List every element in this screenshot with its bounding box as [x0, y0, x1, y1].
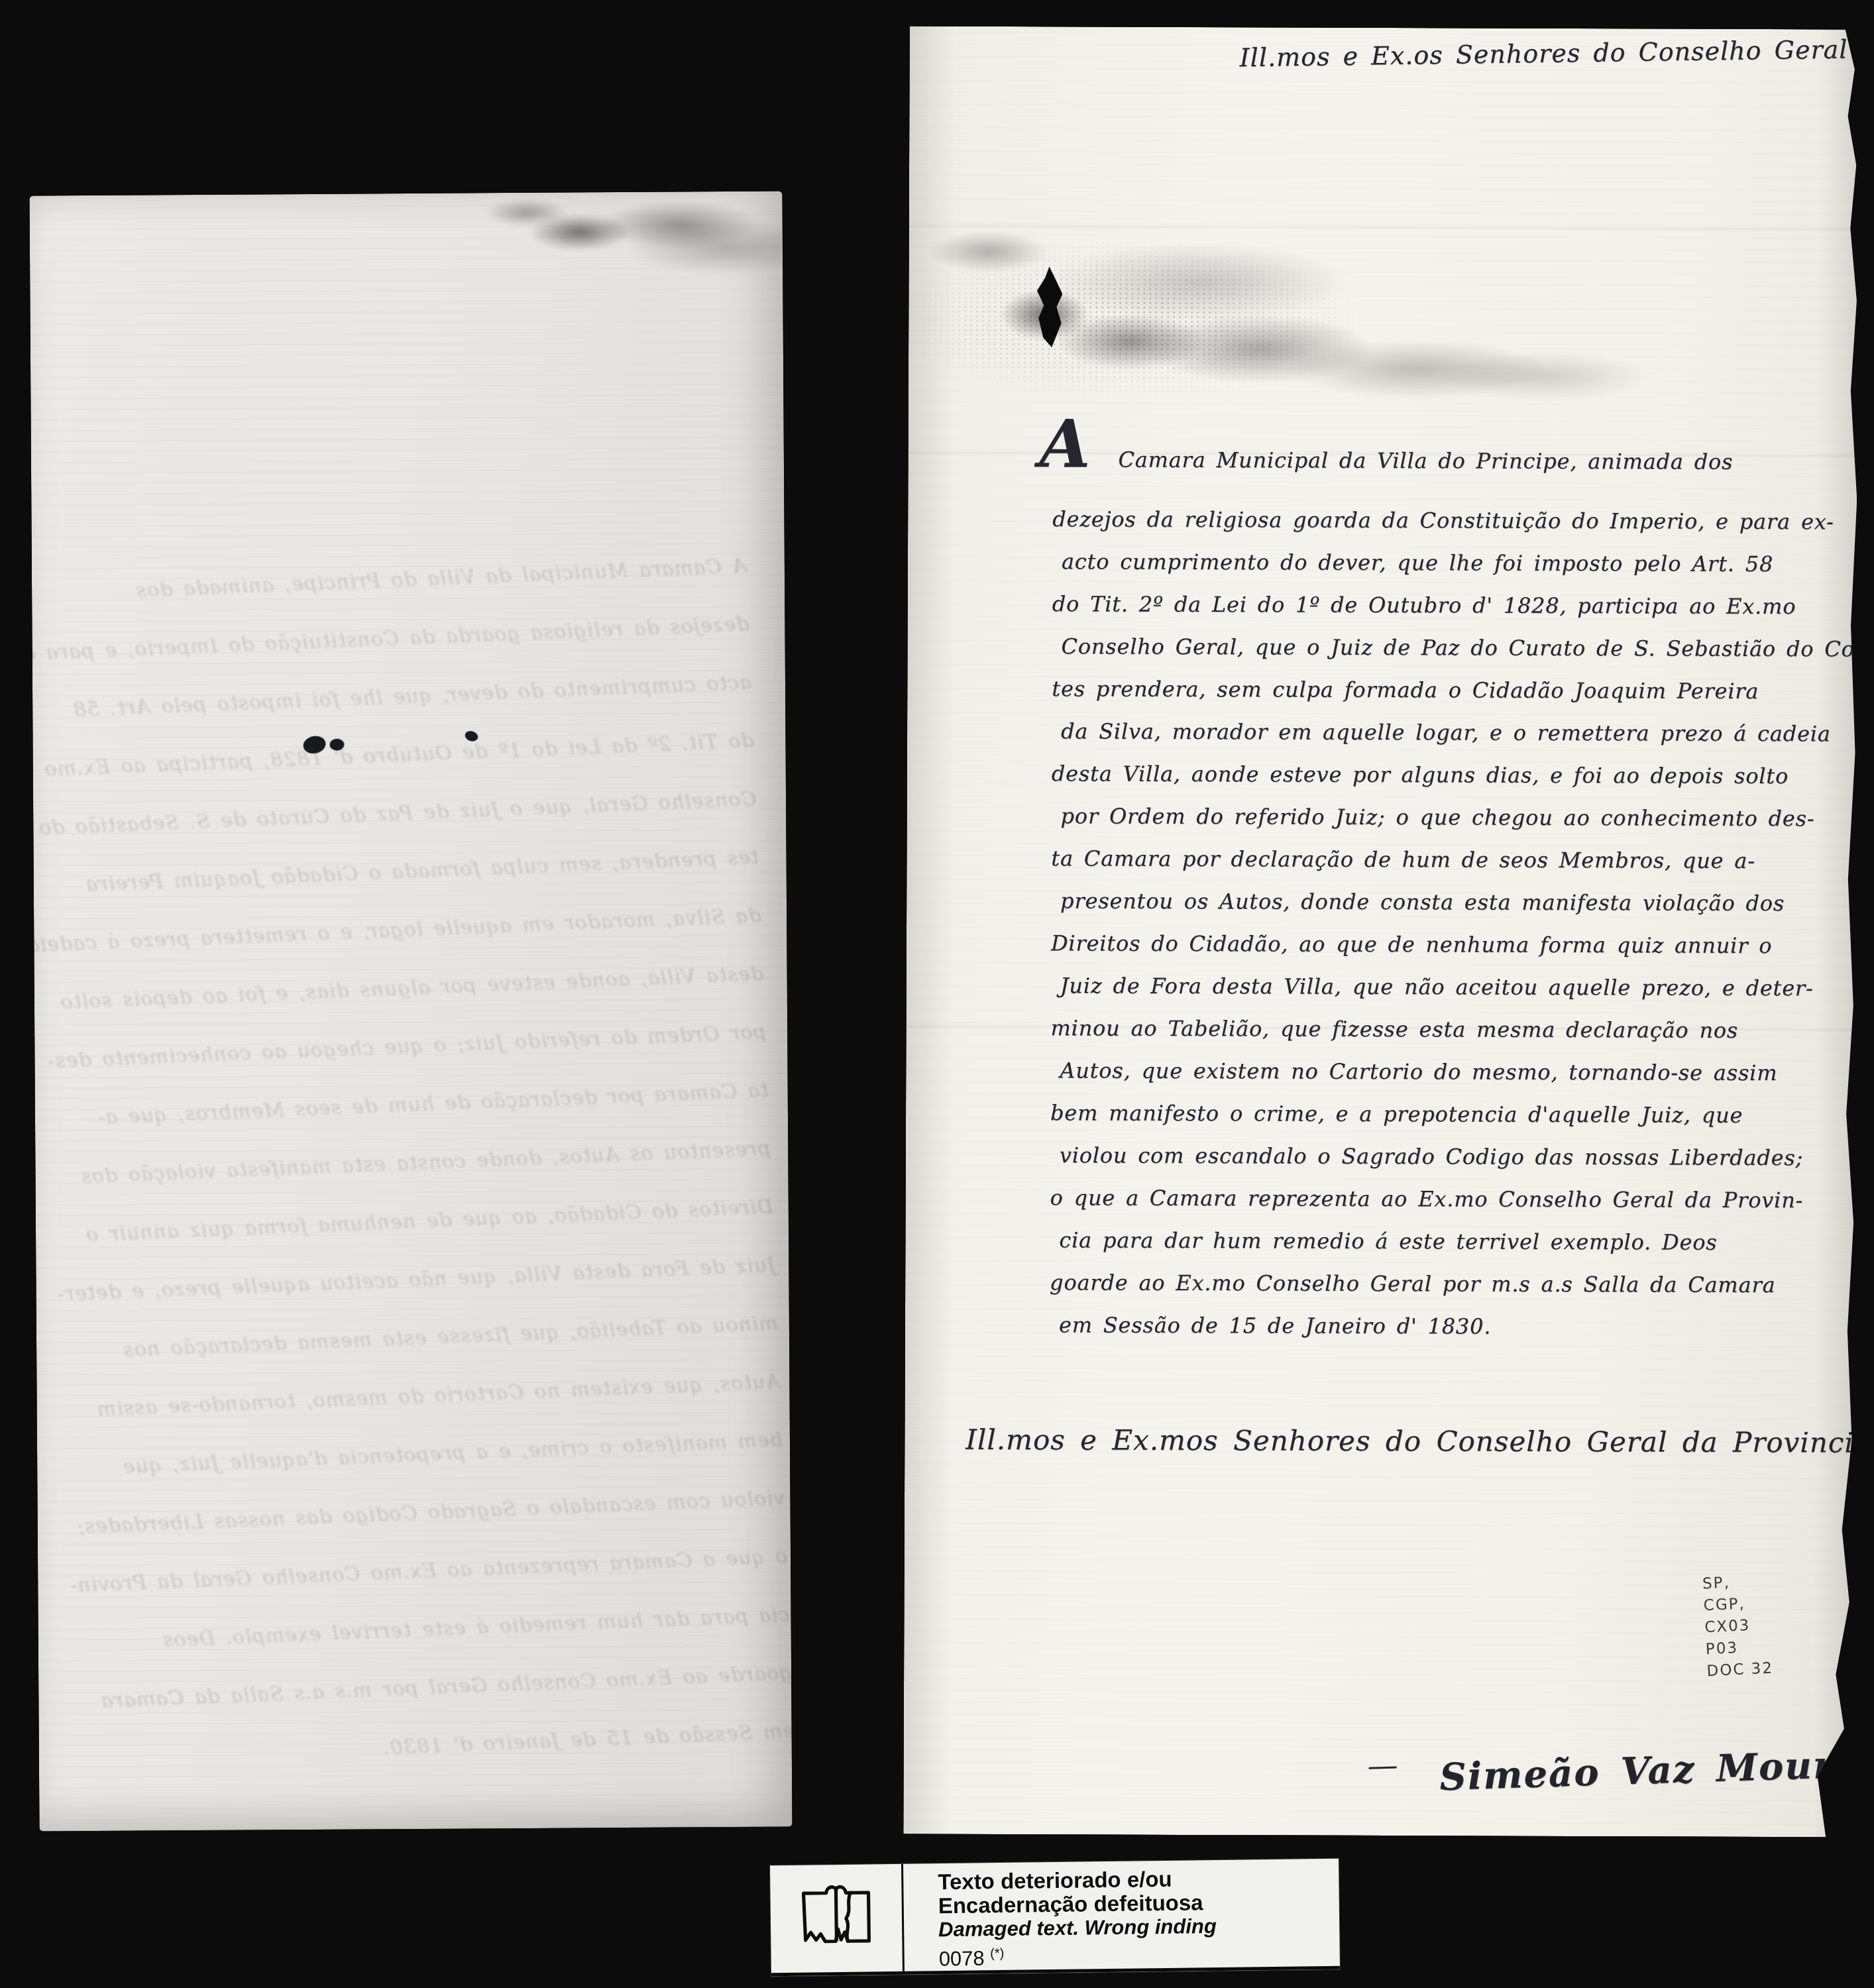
signature: Simeão Vaz Mourão — [1439, 1741, 1858, 1799]
mold-speckle — [909, 212, 1638, 400]
pen-dash: — — [1367, 1747, 1398, 1783]
manuscript-line: Autos, que existem no Cartorio do mesmo,… — [1060, 1049, 1828, 1094]
manuscript-line: do Tit. 2º da Lei do 1º de Outubro d' 18… — [1052, 582, 1830, 628]
manuscript-line: bem manifesto o crime, e a prepotencia d… — [1050, 1091, 1828, 1136]
manuscript-line: Direitos do Cidadão, ao que de nenhuma f… — [1051, 922, 1829, 967]
caption-line-pt-2: Encadernação defeituosa — [938, 1891, 1217, 1918]
caption-number: 0078 — [939, 1947, 985, 1971]
manuscript-line: Conselho Geral, que o Juiz de Paz do Cur… — [1061, 625, 1830, 670]
caption-text-block: Texto deteriorado e/ou Encadernação defe… — [903, 1860, 1217, 1971]
manuscript-line: tes prendera, sem culpa formada o Cidadã… — [1052, 667, 1830, 712]
manuscript-line: goarde ao Ex.mo Conselho Geral por m.s a… — [1050, 1261, 1828, 1306]
signature-row: — Simeão Vaz Mourão — [1367, 1732, 1859, 1802]
caption-icon-box — [770, 1864, 905, 1973]
caption-number-note: (*) — [990, 1946, 1004, 1961]
archival-mark: SP, — [1702, 1571, 1769, 1596]
manuscript-line: o que a Camara reprezenta ao Ex.mo Conse… — [1050, 1176, 1828, 1221]
archival-mark: CX03 — [1704, 1614, 1772, 1639]
manuscript-line: Juiz de Fora desta Villa, que não aceito… — [1060, 964, 1829, 1009]
archival-reference-marks: SP,CGP,CX03P03DOC 32 — [1702, 1571, 1773, 1683]
manuscript-line: da Silva, morador em aquelle logar, e o … — [1061, 710, 1830, 755]
archival-mark: DOC 32 — [1706, 1657, 1774, 1683]
manuscript-line: por Ordem do referido Juiz; o que chegou… — [1060, 795, 1829, 840]
manuscript-line: desta Villa, aonde esteve por alguns dia… — [1052, 752, 1830, 797]
manuscript-line: minou ao Tabelião, que fizesse esta mesm… — [1050, 1007, 1828, 1052]
manuscript-line: cia para dar hum remedio á este terrivel… — [1059, 1219, 1828, 1264]
archival-mark: P03 — [1705, 1635, 1773, 1661]
manuscript-line: violou com escandalo o Sagrado Codigo da… — [1060, 1134, 1828, 1179]
letter-closing-address: Ill.mos e Ex.mos Senhores do Conselho Ge… — [965, 1423, 1859, 1459]
damaged-book-icon — [794, 1879, 878, 1959]
caption-line-en: Damaged text. Wrong inding — [938, 1914, 1217, 1942]
manuscript-line: em Sessão de 15 de Janeiro d' 1830. — [1059, 1303, 1828, 1349]
manuscript-line: dezejos da religiosa goarda da Constitui… — [1052, 498, 1830, 543]
manuscript-line: presentou os Autos, donde consta esta ma… — [1060, 879, 1829, 924]
letter-heading: Ill.mos e Ex.os Senhores do Conselho Ger… — [1239, 34, 1847, 72]
archival-mark: CGP, — [1703, 1592, 1771, 1617]
caption-number-row: 0078 (*) — [938, 1938, 1217, 1971]
right-page-letter: Ill.mos e Ex.os Senhores do Conselho Ger… — [903, 27, 1859, 1838]
letter-body: A Camara Municipal da Villa do Principe,… — [1059, 421, 1831, 1349]
left-page-verso: A Camara Municipal da Villa do Principe,… — [29, 192, 792, 1832]
ink-smudge-stain — [486, 192, 792, 300]
bleed-through-text: A Camara Municipal da Villa do Principe,… — [29, 537, 792, 1790]
manuscript-line: A Camara Municipal da Villa do Principe,… — [1039, 421, 1830, 483]
manuscript-line: ta Camara por declaração de hum de seos … — [1051, 837, 1829, 882]
ink-blot — [329, 739, 344, 751]
condition-caption-label: Texto deteriorado e/ou Encadernação defe… — [770, 1859, 1340, 1976]
archival-scan-viewer: { "scan": { "background_color": "#0c0c0c… — [0, 0, 1874, 1988]
manuscript-line: acto cumprimento do dever, que lhe foi i… — [1062, 540, 1830, 585]
